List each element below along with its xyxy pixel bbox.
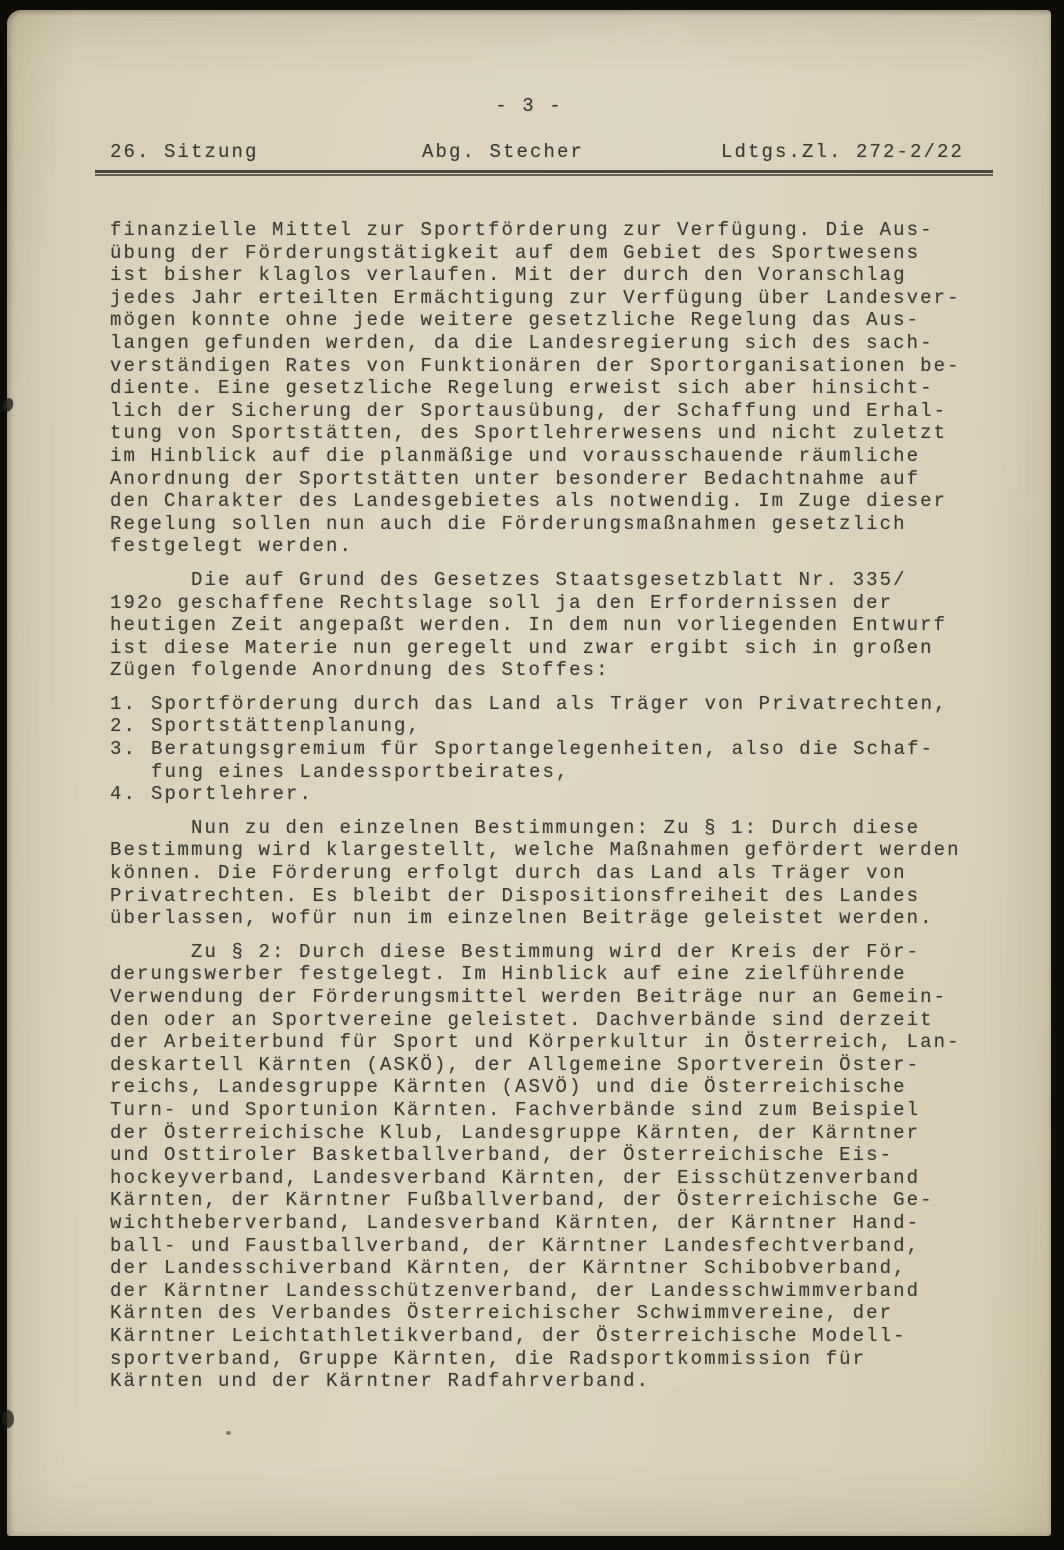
list-item: 4.Sportlehrer. xyxy=(110,783,972,806)
list-item-number: 3. xyxy=(110,738,151,761)
list-item: 1.Sportförderung durch das Land als Träg… xyxy=(110,693,972,716)
list-item-number: 1. xyxy=(110,693,151,716)
numbered-list: 1.Sportförderung durch das Land als Träg… xyxy=(110,693,972,806)
session-label: 26. Sitzung xyxy=(110,141,259,163)
header-rule xyxy=(95,170,993,176)
paragraph: finanzielle Mittel zur Sportförderung zu… xyxy=(110,219,972,558)
document-header: 26. Sitzung Abg. Stecher Ldtgs.Zl. 272-2… xyxy=(7,141,1051,165)
paragraph: Nun zu den einzelnen Bestimmungen: Zu § … xyxy=(110,817,972,930)
paragraph: Die auf Grund des Gesetzes Staatsgesetzb… xyxy=(110,569,972,682)
page-number: - 3 - xyxy=(7,95,1051,117)
list-item-number: 2. xyxy=(110,715,151,738)
list-item-text: Beratungsgremium für Sportangelegenheite… xyxy=(151,738,934,783)
document-page: - 3 - 26. Sitzung Abg. Stecher Ldtgs.Zl.… xyxy=(7,10,1051,1536)
list-item: 3.Beratungsgremium für Sportangelegenhei… xyxy=(110,738,972,783)
speaker-label: Abg. Stecher xyxy=(422,141,584,163)
list-item-text: Sportlehrer. xyxy=(151,783,313,806)
scan-artifact xyxy=(226,1431,231,1435)
list-item-text: Sportförderung durch das Land als Träger… xyxy=(151,693,948,716)
document-body: finanzielle Mittel zur Sportförderung zu… xyxy=(110,219,972,1393)
scan-artifact xyxy=(1,397,15,414)
list-item: 2.Sportstättenplanung, xyxy=(110,715,972,738)
scan-artifact xyxy=(2,1410,14,1428)
list-item-number: 4. xyxy=(110,783,151,806)
list-item-text: Sportstättenplanung, xyxy=(151,715,421,738)
paragraph: Zu § 2: Durch diese Bestimmung wird der … xyxy=(110,941,972,1393)
reference-number: Ldtgs.Zl. 272-2/22 xyxy=(721,141,964,163)
